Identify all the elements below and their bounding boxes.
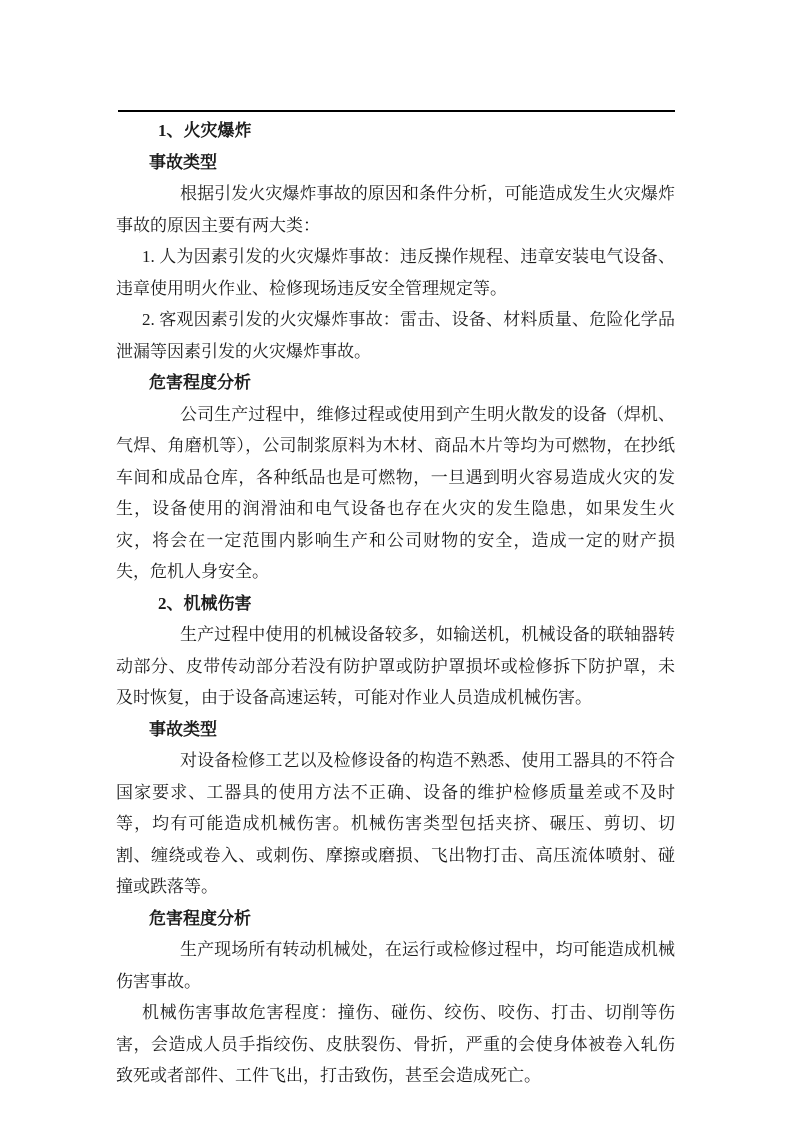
paragraph: 公司生产过程中，维修过程或使用到产生明火散发的设备（焊机、气焊、角磨机等），公司… [116, 399, 675, 588]
paragraph: 根据引发火灾爆炸事故的原因和条件分析，可能造成发生火灾爆炸事故的原因主要有两大类… [116, 178, 675, 241]
paragraph: 2. 客观因素引发的火灾爆炸事故：雷击、设备、材料质量、危险化学品泄漏等因素引发… [116, 304, 675, 367]
paragraph: 生产现场所有转动机械处，在运行或检修过程中，均可能造成机械伤害事故。 [116, 934, 675, 997]
document-content: 1、火灾爆炸事故类型根据引发火灾爆炸事故的原因和条件分析，可能造成发生火灾爆炸事… [116, 115, 675, 1092]
paragraph: 1. 人为因素引发的火灾爆炸事故：违反操作规程、违章安装电气设备、违章使用明火作… [116, 241, 675, 304]
section-heading: 2、机械伤害 [116, 588, 675, 620]
paragraph: 对设备检修工艺以及检修设备的构造不熟悉、使用工器具的不符合国家要求、工器具的使用… [116, 745, 675, 903]
paragraph: 机械伤害事故危害程度：撞伤、碰伤、绞伤、咬伤、打击、切削等伤害，会造成人员手指绞… [116, 997, 675, 1092]
section-heading: 1、火灾爆炸 [116, 115, 675, 147]
section-heading: 危害程度分析 [116, 903, 675, 935]
document-page: 1、火灾爆炸事故类型根据引发火灾爆炸事故的原因和条件分析，可能造成发生火灾爆炸事… [0, 0, 793, 1122]
section-heading: 事故类型 [116, 147, 675, 179]
header-rule [118, 110, 675, 112]
paragraph: 生产过程中使用的机械设备较多，如输送机，机械设备的联轴器转动部分、皮带传动部分若… [116, 619, 675, 714]
section-heading: 事故类型 [116, 714, 675, 746]
section-heading: 危害程度分析 [116, 367, 675, 399]
